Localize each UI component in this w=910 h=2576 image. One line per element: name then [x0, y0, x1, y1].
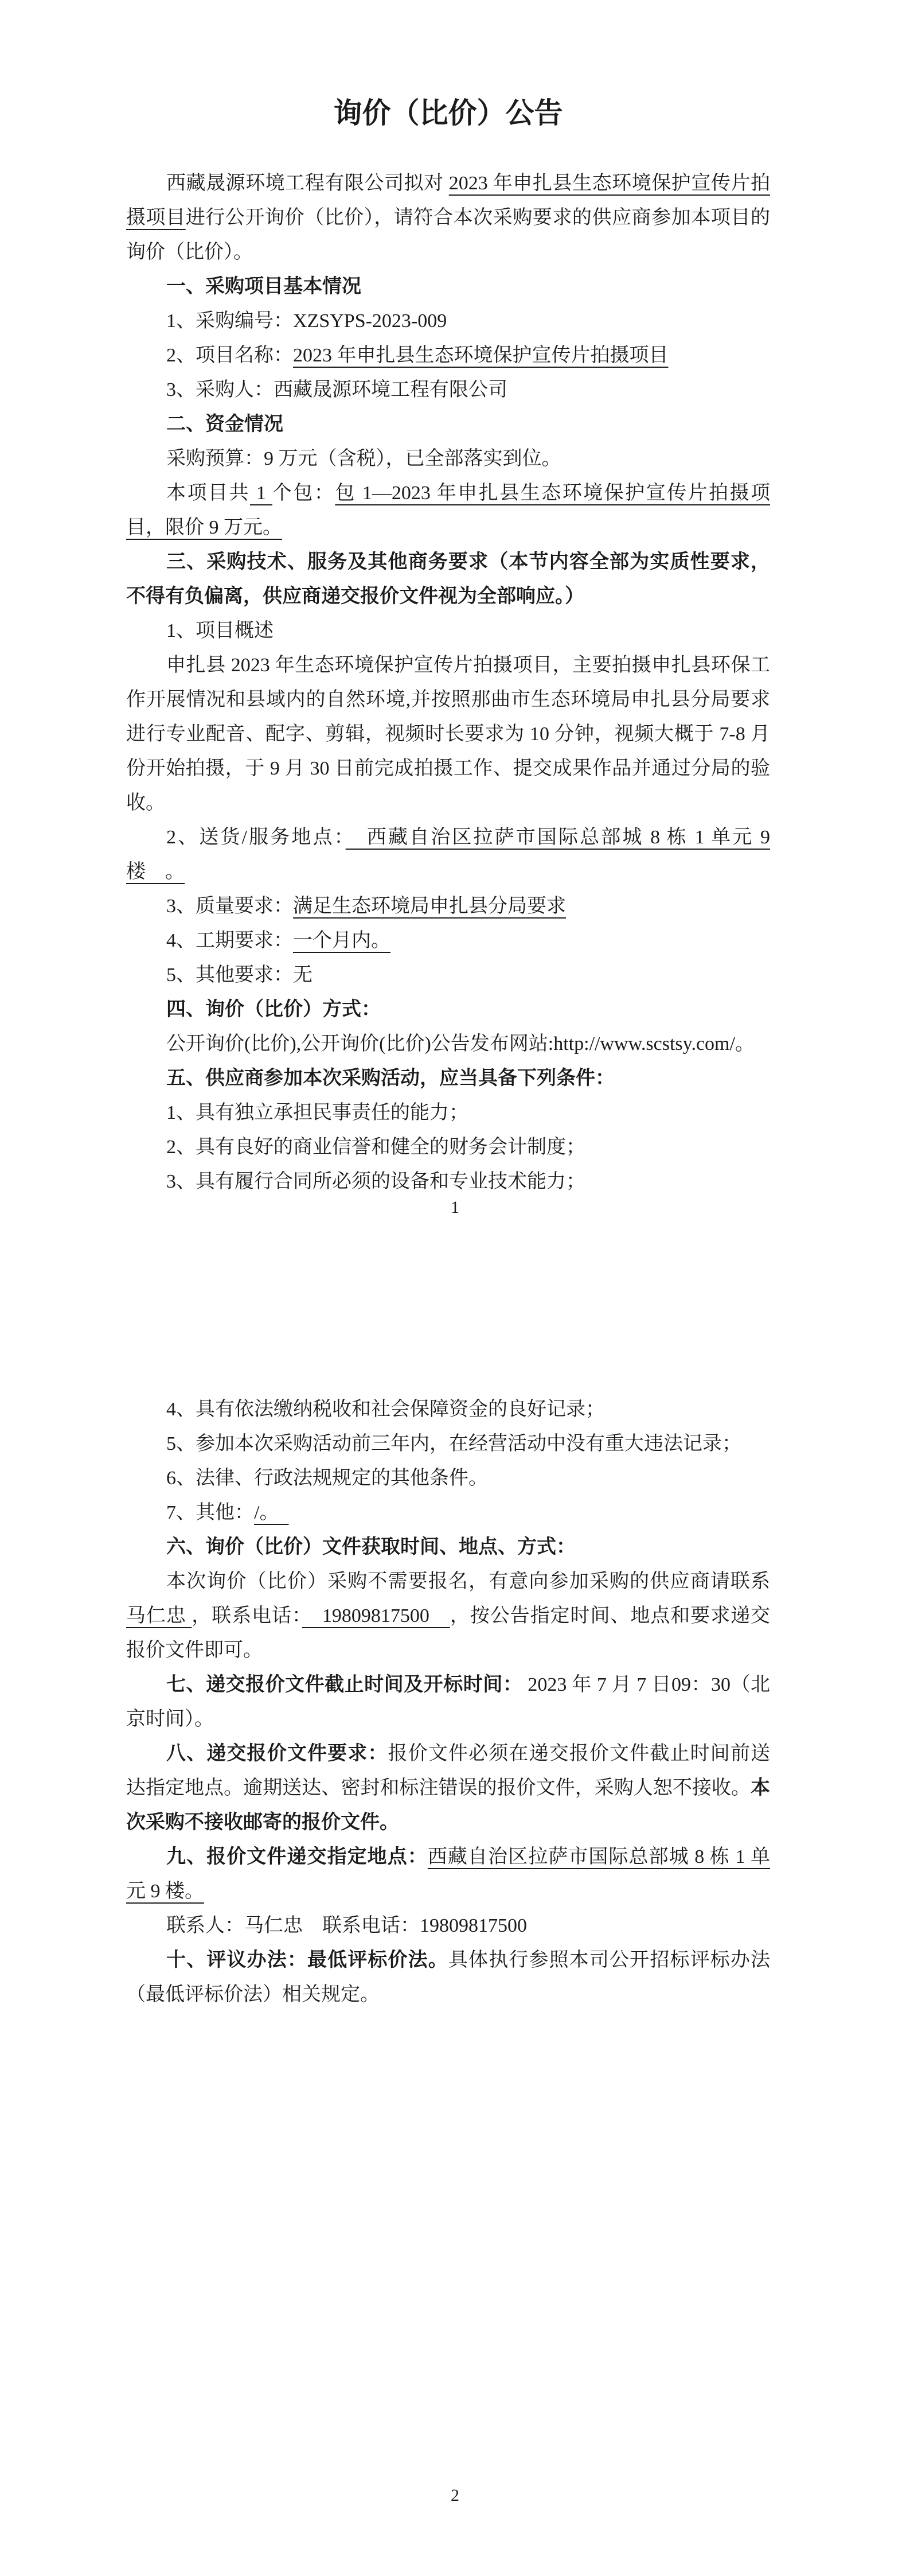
purchase-number: 1、采购编号：XZSYPS-2023-009 [126, 304, 770, 338]
page-1: 询价（比价）公告 西藏晟源环境工程有限公司拟对 2023 年申扎县生态环境保护宣… [0, 0, 910, 1288]
other-requirement: 5、其他要求：无 [126, 958, 770, 993]
page-1-content: 询价（比价）公告 西藏晟源环境工程有限公司拟对 2023 年申扎县生态环境保护宣… [0, 0, 910, 1199]
intro-paragraph: 西藏晟源环境工程有限公司拟对 2023 年申扎县生态环境保护宣传片拍摄项目进行公… [126, 166, 770, 270]
section-7-deadline: 七、递交报价文件截止时间及开标时间： 2023 年 7 月 7 日09：30（北… [126, 1668, 770, 1737]
section-6-body: 本次询价（比价）采购不需要报名，有意向参加采购的供应商请联系 马仁忠 ，联系电话… [126, 1565, 770, 1668]
condition-4: 4、具有依法缴纳税收和社会保障资金的良好记录； [126, 1392, 770, 1427]
project-overview-label: 1、项目概述 [126, 614, 770, 648]
purchaser: 3、采购人：西藏晟源环境工程有限公司 [126, 373, 770, 407]
budget: 采购预算：9 万元（含税），已全部落实到位。 [126, 442, 770, 476]
section-9-location: 九、报价文件递交指定地点：西藏自治区拉萨市国际总部城 8 栋 1 单元 9 楼。 [126, 1840, 770, 1909]
document-title: 询价（比价）公告 [126, 92, 770, 134]
package-info: 本项目共 1 个包：包 1—2023 年申扎县生态环境保护宣传片拍摄项目，限价 … [126, 476, 770, 545]
contact-line: 联系人：马仁忠 联系电话：19809817500 [126, 1909, 770, 1943]
page-number-1: 1 [0, 1197, 910, 1218]
page-2: 4、具有依法缴纳税收和社会保障资金的良好记录；5、参加本次采购活动前三年内，在经… [0, 1288, 910, 2576]
schedule-requirement: 4、工期要求：一个月内。 [126, 924, 770, 958]
project-overview-body: 申扎县 2023 年生态环境保护宣传片拍摄项目，主要拍摄申扎县环保工作开展情况和… [126, 648, 770, 820]
condition-6: 6、法律、行政法规规定的其他条件。 [126, 1461, 770, 1496]
document-root: { "document": { "title": "询价（比价）公告", "pa… [0, 0, 910, 2576]
condition-7-other: 7、其他：/。 [126, 1496, 770, 1530]
condition-3: 3、具有履行合同所必须的设备和专业技术能力； [126, 1165, 770, 1199]
condition-2: 2、具有良好的商业信誉和健全的财务会计制度； [126, 1130, 770, 1165]
section-10-evaluation: 十、评议办法：最低评标价法。具体执行参照本司公开招标评标办法（最低评标价法）相关… [126, 1943, 770, 2012]
condition-1: 1、具有独立承担民事责任的能力； [126, 1096, 770, 1130]
section-4-heading: 四、询价（比价）方式： [126, 993, 770, 1027]
page-2-content: 4、具有依法缴纳税收和社会保障资金的良好记录；5、参加本次采购活动前三年内，在经… [0, 1288, 910, 2012]
page-number-2: 2 [0, 2485, 910, 2506]
section-3-heading: 三、采购技术、服务及其他商务要求（本节内容全部为实质性要求，不得有负偏离，供应商… [126, 545, 770, 614]
condition-5: 5、参加本次采购活动前三年内，在经营活动中没有重大违法记录； [126, 1427, 770, 1461]
section-1-heading: 一、采购项目基本情况 [126, 270, 770, 304]
section-2-heading: 二、资金情况 [126, 407, 770, 442]
section-5-heading: 五、供应商参加本次采购活动，应当具备下列条件： [126, 1061, 770, 1096]
page-1-body: 西藏晟源环境工程有限公司拟对 2023 年申扎县生态环境保护宣传片拍摄项目进行公… [126, 166, 770, 1199]
quality-requirement: 3、质量要求：满足生态环境局申扎县分局要求 [126, 889, 770, 924]
section-6-heading: 六、询价（比价）文件获取时间、地点、方式： [126, 1530, 770, 1565]
inquiry-method-body: 公开询价(比价),公开询价(比价)公告发布网站:http://www.scsts… [126, 1027, 770, 1061]
page-2-body: 4、具有依法缴纳税收和社会保障资金的良好记录；5、参加本次采购活动前三年内，在经… [126, 1392, 770, 2012]
section-8-requirements: 八、递交报价文件要求：报价文件必须在递交报价文件截止时间前送达指定地点。逾期送达… [126, 1737, 770, 1840]
project-name: 2、项目名称：2023 年申扎县生态环境保护宣传片拍摄项目 [126, 338, 770, 373]
delivery-location: 2、送货/服务地点： 西藏自治区拉萨市国际总部城 8 栋 1 单元 9 楼 。 [126, 820, 770, 889]
